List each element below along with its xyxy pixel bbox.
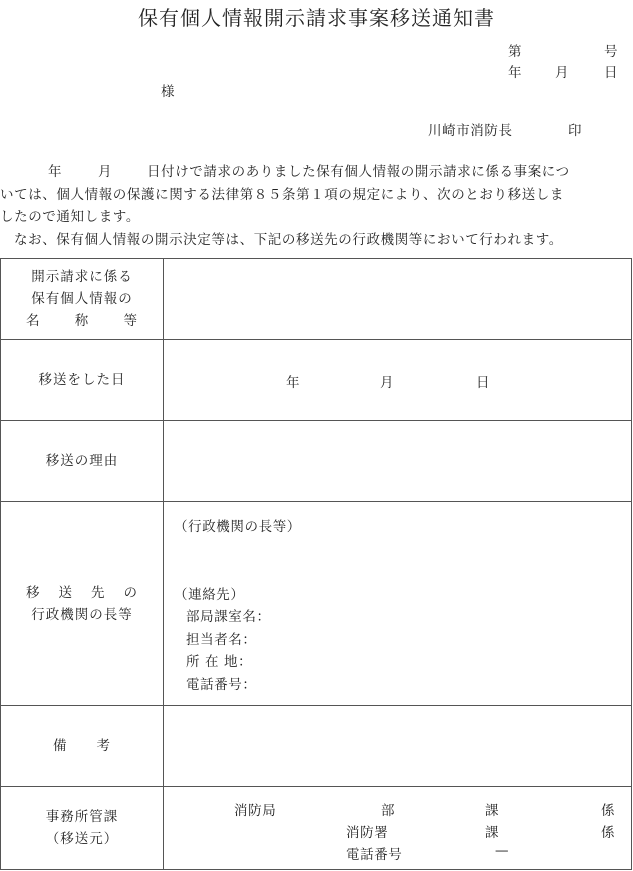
field-transfer-date[interactable]: 年 月 日 xyxy=(164,340,632,421)
row-transfer-reason: 移送の理由 xyxy=(1,421,632,502)
number-suffix: 号 xyxy=(604,40,618,60)
label-char: 送 xyxy=(59,582,74,604)
document-title: 保有個人情報開示請求事案移送通知書 xyxy=(0,2,633,31)
label-line: 開示請求に係る xyxy=(1,266,163,288)
station-label: 消防署 xyxy=(346,821,388,841)
label-personal-info-name: 開示請求に係る 保有個人情報の 名 称 等 xyxy=(1,259,164,340)
label-remarks: 備 考 xyxy=(1,706,164,787)
label-line-spread: 名 称 等 xyxy=(26,310,138,332)
label-line: 保有個人情報の xyxy=(1,288,163,310)
label-char: 称 xyxy=(75,310,90,332)
field-transfer-reason[interactable] xyxy=(164,421,632,502)
contact-dept-label: 部局課室名： xyxy=(186,605,271,625)
station-section-label: 課 xyxy=(485,821,499,841)
label-char: 名 xyxy=(26,310,41,332)
label-char: 先 xyxy=(91,582,106,604)
transfer-day: 日 xyxy=(476,371,490,391)
addressee-suffix: 様 xyxy=(161,80,175,100)
contact-person-label: 担当者名： xyxy=(186,628,257,648)
label-line: 事務所管課 xyxy=(1,806,163,828)
label-responsible-office: 事務所管課 （移送元） xyxy=(1,787,164,870)
label-line: 行政機関の長等 xyxy=(1,604,163,626)
row-destination-agency: 移 送 先 の 行政機関の長等 （行政機関の長等） （連絡先） 部局課室名： 担… xyxy=(1,502,632,706)
dept-label: 部 xyxy=(381,799,395,819)
label-destination-agency: 移 送 先 の 行政機関の長等 xyxy=(1,502,164,706)
field-personal-info-name[interactable] xyxy=(164,259,632,340)
label-char: 移 xyxy=(26,582,41,604)
label-line-spread: 移 送 先 の xyxy=(26,582,138,604)
field-remarks[interactable] xyxy=(164,706,632,787)
head-of-agency-label: （行政機関の長等） xyxy=(174,515,301,535)
label-transfer-date: 移送をした日 xyxy=(1,340,164,421)
body-line2: いては、個人情報の保護に関する法律第８５条第１項の規定により、次のとおり移送しま xyxy=(0,183,564,203)
row-responsible-office: 事務所管課 （移送元） 消防局 部 課 係 消防署 課 係 電話番号 — xyxy=(1,787,632,870)
label-transfer-reason: 移送の理由 xyxy=(1,421,164,502)
body-line1: 日付けで請求のありました保有個人情報の開示請求に係る事案につ xyxy=(147,160,570,180)
body-line4: なお、保有個人情報の開示決定等は、下記の移送先の行政機関等において行われます。 xyxy=(14,228,563,248)
phone-dash: — xyxy=(495,843,509,859)
date-month: 月 xyxy=(555,61,569,81)
row-transfer-date: 移送をした日 年 月 日 xyxy=(1,340,632,421)
sender-name: 川崎市消防長 xyxy=(428,119,513,139)
unit-label: 係 xyxy=(601,799,615,819)
label-line: （移送元） xyxy=(1,828,163,850)
contact-address-label: 所 在 地： xyxy=(186,650,252,670)
label-char: 等 xyxy=(124,310,139,332)
seal-mark: 印 xyxy=(568,119,582,139)
field-responsible-office[interactable]: 消防局 部 課 係 消防署 課 係 電話番号 — xyxy=(164,787,632,870)
section-label: 課 xyxy=(485,799,499,819)
transfer-month: 月 xyxy=(380,371,394,391)
field-destination-agency[interactable]: （行政機関の長等） （連絡先） 部局課室名： 担当者名： 所 在 地： 電話番号… xyxy=(164,502,632,706)
contact-phone-label: 電話番号： xyxy=(186,673,257,693)
body-year: 年 xyxy=(48,160,62,180)
date-year: 年 xyxy=(508,61,522,81)
contact-heading: （連絡先） xyxy=(174,583,245,603)
bureau-label: 消防局 xyxy=(234,799,276,819)
row-personal-info-name: 開示請求に係る 保有個人情報の 名 称 等 xyxy=(1,259,632,340)
transfer-year: 年 xyxy=(286,371,300,391)
row-remarks: 備 考 xyxy=(1,706,632,787)
body-month: 月 xyxy=(98,160,112,180)
station-unit-label: 係 xyxy=(601,821,615,841)
transfer-form-table: 開示請求に係る 保有個人情報の 名 称 等 移送をした日 年 月 日 移送の理由… xyxy=(0,258,632,870)
date-day: 日 xyxy=(604,61,618,81)
body-line3: したので通知します。 xyxy=(0,205,140,225)
number-prefix: 第 xyxy=(508,40,522,60)
label-char: の xyxy=(124,582,139,604)
phone-label: 電話番号 xyxy=(346,843,402,863)
